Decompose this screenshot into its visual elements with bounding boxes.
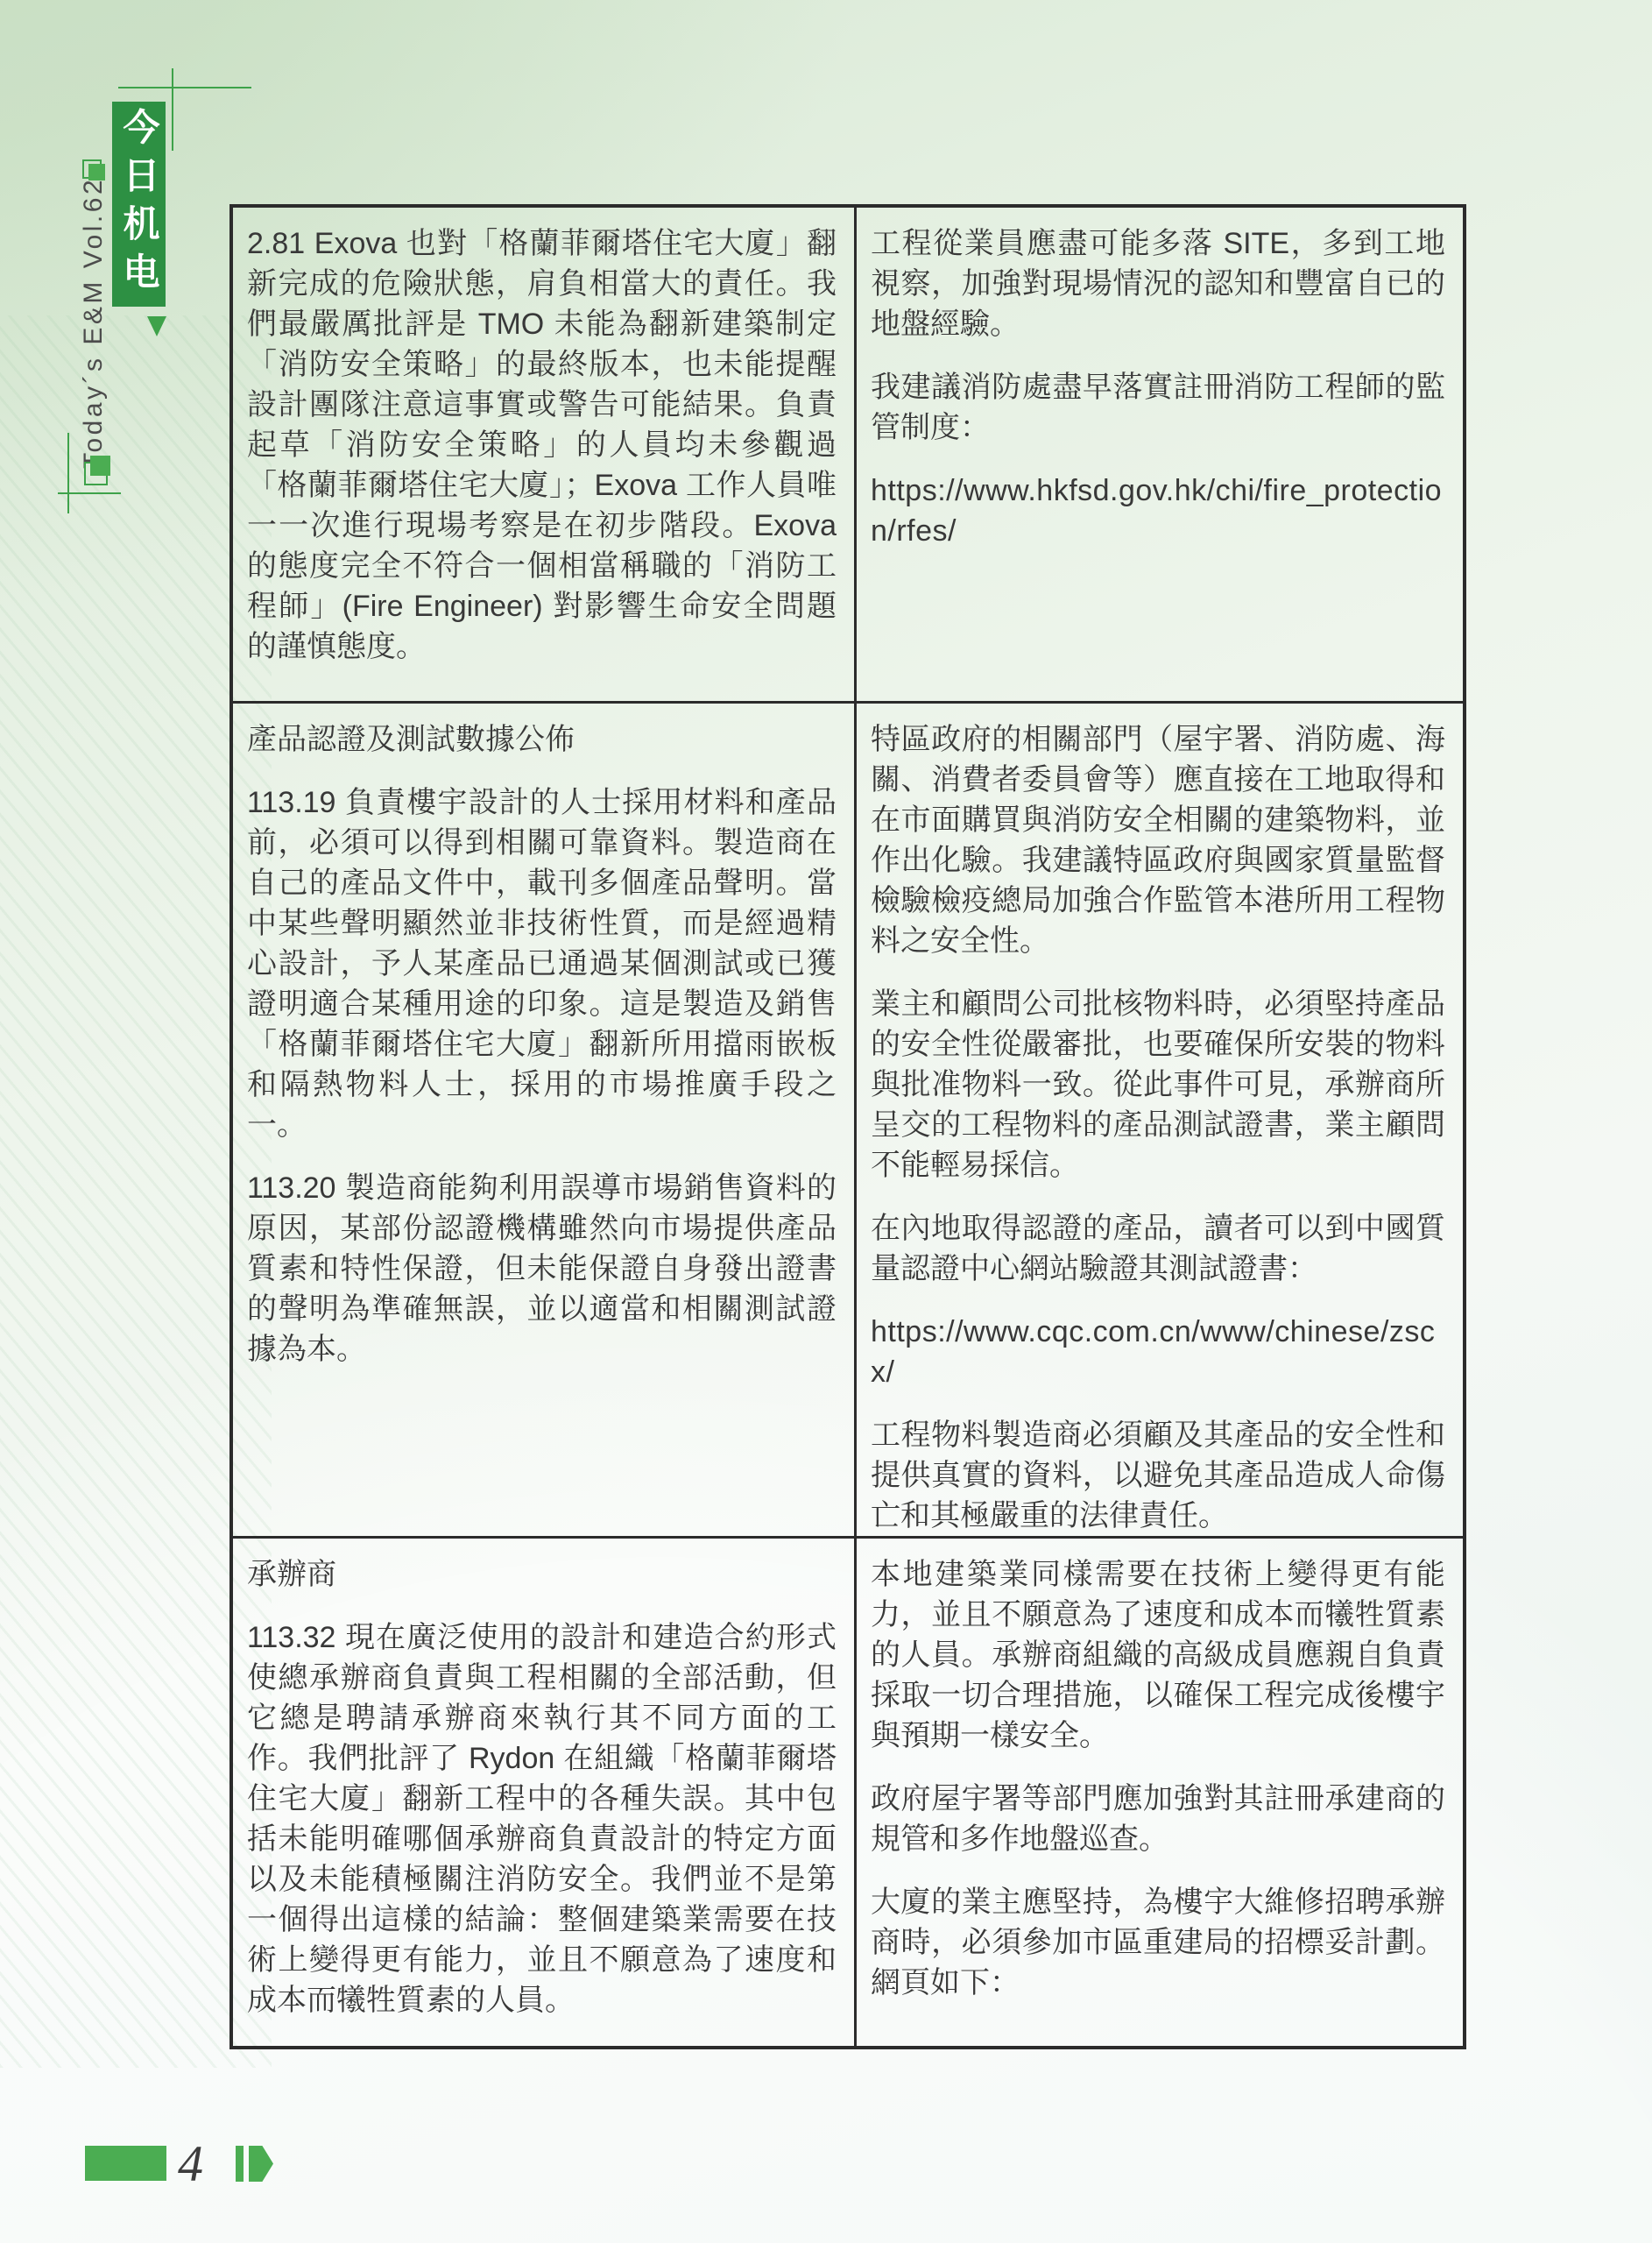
- table-cell-r3-left: 承辦商 113.32 現在廣泛使用的設計和建造合約形式使總承辦商負責與工程相關的…: [233, 1536, 854, 2046]
- paragraph: 我建議消防處盡早落實註冊消防工程師的監管制度：: [871, 367, 1445, 448]
- paragraph: 工程從業員應盡可能多落 SITE，多到工地視察，加強對現場情況的認知和豐富自已的…: [871, 223, 1445, 344]
- paragraph: 113.20 製造商能夠利用誤導市場銷售資料的原因，某部份認證機構雖然向市場提供…: [247, 1168, 837, 1369]
- square-pair-icon: [88, 164, 105, 180]
- paragraph: 特區政府的相關部門（屋宇署、消防處、海關、消費者委員會等）應直接在工地取得和在市…: [871, 719, 1445, 961]
- masthead-title: 今日机电: [121, 108, 158, 301]
- section-heading: 承辦商: [247, 1554, 837, 1595]
- magazine-page: 今日机电 Today´s E&M Vol.62 2.81 Exova 也對「格蘭…: [0, 0, 1652, 2243]
- crosshair-icon: [172, 68, 173, 151]
- crosshair-icon: [67, 433, 69, 513]
- flag-arrow-icon: [236, 2146, 244, 2182]
- paragraph: 2.81 Exova 也對「格蘭菲爾塔住宅大廈」翻新完成的危險狀態，肩負相當大的…: [247, 223, 837, 667]
- footer-bar: [85, 2146, 166, 2181]
- paragraph: 113.32 現在廣泛使用的設計和建造合約形式使總承辦商負責與工程相關的全部活動…: [247, 1617, 837, 2020]
- table-cell-r2-left: 產品認證及測試數據公佈 113.19 負責樓宇設計的人士採用材料和產品前，必須可…: [233, 701, 854, 1536]
- paragraph: 政府屋宇署等部門應加強對其註冊承建商的規管和多作地盤巡查。: [871, 1779, 1445, 1859]
- square-pair-icon: [90, 456, 110, 476]
- url-text: https://www.cqc.com.cn/www/chinese/zscx/: [871, 1312, 1445, 1392]
- paragraph: 工程物料製造商必須顧及其產品的安全性和提供真實的資料，以避免其產品造成人命傷亡和…: [871, 1415, 1445, 1536]
- table-cell-r1-right: 工程從業員應盡可能多落 SITE，多到工地視察，加強對現場情況的認知和豐富自已的…: [854, 208, 1463, 701]
- paragraph: 113.19 負責樓宇設計的人士採用材料和產品前，必須可以得到相關可靠資料。製造…: [247, 782, 837, 1145]
- masthead-banner: 今日机电: [112, 102, 166, 307]
- table-cell-r1-left: 2.81 Exova 也對「格蘭菲爾塔住宅大廈」翻新完成的危險狀態，肩負相當大的…: [233, 208, 854, 701]
- paragraph: 本地建築業同樣需要在技術上變得更有能力，並且不願意為了速度和成本而犧牲質素的人員…: [871, 1554, 1445, 1756]
- paragraph: 在內地取得認證的產品，讀者可以到中國質量認證中心網站驗證其測試證書：: [871, 1208, 1445, 1289]
- table-cell-r3-right: 本地建築業同樣需要在技術上變得更有能力，並且不願意為了速度和成本而犧牲質素的人員…: [854, 1536, 1463, 2046]
- url-text: https://www.hkfsd.gov.hk/chi/fire_protec…: [871, 471, 1445, 551]
- page-number: 4: [178, 2134, 203, 2193]
- down-triangle-icon: [147, 316, 166, 336]
- crosshair-icon: [58, 492, 121, 494]
- edition-label: Today´s E&M Vol.62: [75, 172, 112, 474]
- flag-arrow-icon: [249, 2146, 273, 2182]
- table-cell-r2-right: 特區政府的相關部門（屋宇署、消防處、海關、消費者委員會等）應直接在工地取得和在市…: [854, 701, 1463, 1536]
- paragraph: 大廈的業主應堅持，為樓宇大維修招聘承辦商時，必須參加市區重建局的招標妥計劃。網頁…: [871, 1882, 1445, 2003]
- crosshair-icon: [118, 87, 251, 88]
- paragraph: 業主和顧問公司批核物料時，必須堅持產品的安全性從嚴審批，也要確保所安裝的物料與批…: [871, 984, 1445, 1185]
- content-table: 2.81 Exova 也對「格蘭菲爾塔住宅大廈」翻新完成的危險狀態，肩負相當大的…: [229, 204, 1466, 2049]
- section-heading: 產品認證及測試數據公佈: [247, 719, 837, 760]
